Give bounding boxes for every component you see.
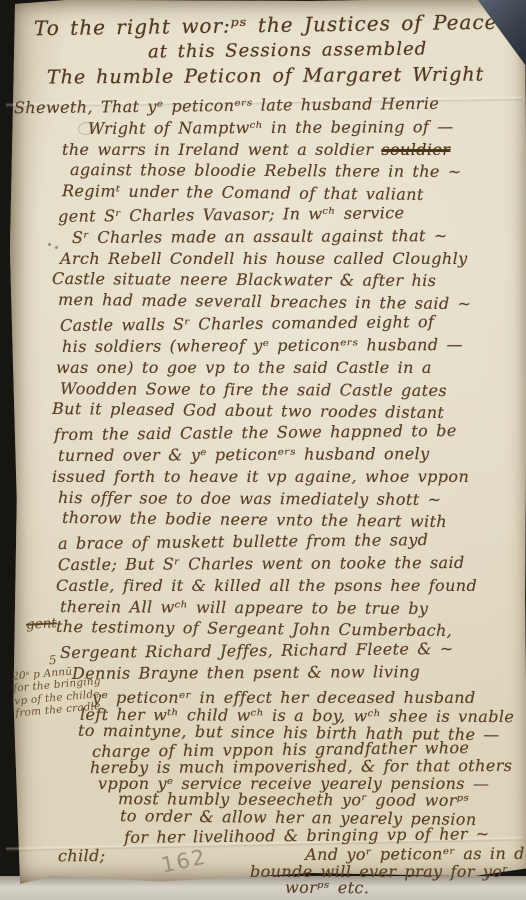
manuscript-line: worᵖˢ etc. <box>285 878 369 897</box>
manuscript-line: his soldiers (whereof yᵉ peticonᵉʳˢ husb… <box>62 335 463 356</box>
manuscript-line: a brace of muskett bullette from the say… <box>58 530 429 553</box>
manuscript-line: the testimony of Sergeant John Cumberbac… <box>56 617 452 640</box>
manuscript-line: the warrs in Ireland went a soldiersould… <box>62 140 450 159</box>
manuscript-line: gent Sʳ Charles Vavasor; In wᶜʰ service <box>58 203 405 226</box>
struck-word: souldier <box>381 140 450 159</box>
manuscript-line: issued forth to heave it vp againe, whoe… <box>52 467 469 486</box>
margin-annotation: 520ˢ p Annūfor the bringingvp of the chi… <box>11 646 146 720</box>
manuscript-line: Castle, fired it & killed all the psons … <box>56 576 477 595</box>
manuscript-line: Castle walls Sʳ Charles comanded eight o… <box>60 312 435 335</box>
manuscript-line: his offer soe to doe was imediately shot… <box>58 488 442 509</box>
manuscript-photo: To the right wor:ᵖˢ the Justices of Peac… <box>0 0 526 900</box>
manuscript-line: Castle situate neere Blackwater & after … <box>52 269 436 290</box>
manuscript-line: Regimᵗ under the Comand of that valiant <box>62 181 424 204</box>
manuscript-line: against those bloodie Rebells there in t… <box>70 160 462 181</box>
manuscript-line: men had made severall breaches in the sa… <box>58 290 472 313</box>
manuscript-line: Arch Rebell Condell his house called Clo… <box>60 249 468 268</box>
manuscript-line: Sʳ Charles made an assault against that … <box>72 226 448 247</box>
manuscript-line: Sheweth, That yᵉ peticonᵉʳˢ late husband… <box>14 94 439 117</box>
manuscript-line: Wright of Namptwᶜʰ in the begining of — <box>88 117 454 138</box>
manuscript-line: from the said Castle the Sowe happned to… <box>54 421 457 444</box>
manuscript-line: Castle; But Sʳ Charles went on tooke the… <box>58 553 465 574</box>
petition-body: Sheweth, That yᵉ peticonᵉʳˢ late husband… <box>0 0 526 900</box>
manuscript-line: yᵉ peticonᵉʳ in effect her deceased husb… <box>92 688 476 707</box>
manuscript-line: But it pleased God about two roodes dist… <box>52 399 444 422</box>
manuscript-line: Woodden Sowe to fire the said Castle gat… <box>60 379 447 400</box>
margin-deleted-word: gent <box>26 615 58 633</box>
manuscript-line: was one) to goe vp to the said Castle in… <box>56 358 432 377</box>
manuscript-line: turned over & yᵉ peticonᵉʳˢ husband onel… <box>58 444 430 465</box>
manuscript-line: therein All wᶜʰ will appeare to be true … <box>60 597 428 618</box>
manuscript-line: thorow the bodie neere vnto the heart wi… <box>62 508 447 531</box>
